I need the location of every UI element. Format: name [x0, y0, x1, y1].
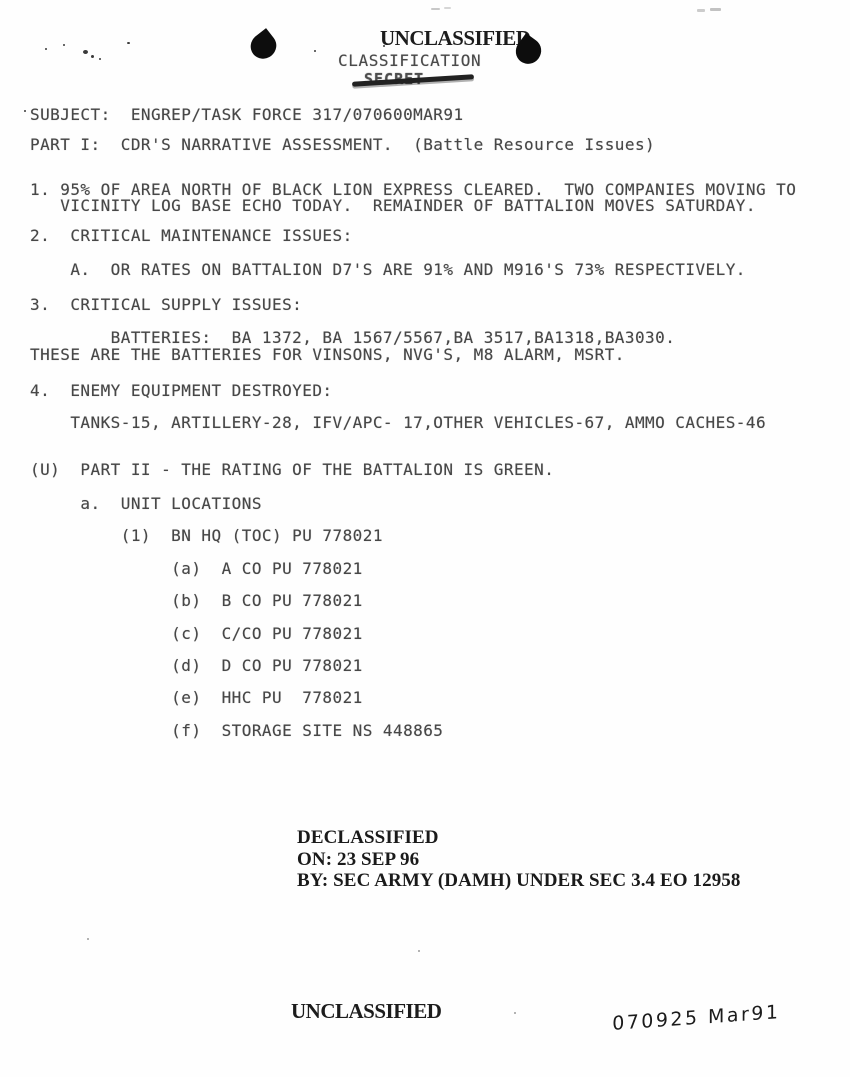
document-line: (e) HHC PU 778021: [30, 690, 363, 706]
document-line: SUBJECT: ENGREP/TASK FORCE 317/070600MAR…: [30, 107, 464, 123]
document-line: (c) C/CO PU 778021: [30, 626, 363, 642]
struck-classification: SECRET: [364, 69, 474, 87]
ink-blot-left: [246, 28, 282, 64]
classification-label: CLASSIFICATION: [338, 51, 481, 70]
document-line: (f) STORAGE SITE NS 448865: [30, 723, 443, 739]
document-line: (a) A CO PU 778021: [30, 561, 363, 577]
document-line: PART I: CDR'S NARRATIVE ASSESSMENT. (Bat…: [30, 137, 655, 153]
declassification-stamp: DECLASSIFIED ON: 23 SEP 96 BY: SEC ARMY …: [297, 827, 741, 892]
ink-speck: [514, 1012, 516, 1014]
footer-classification-banner: UNCLASSIFIED: [291, 999, 441, 1024]
document-line: (b) B CO PU 778021: [30, 593, 363, 609]
ink-speck: [314, 50, 316, 52]
document-line: TANKS-15, ARTILLERY-28, IFV/APC- 17,OTHE…: [30, 415, 766, 431]
scan-mark: [710, 8, 721, 11]
document-line: 3. CRITICAL SUPPLY ISSUES:: [30, 297, 302, 313]
document-line: A. OR RATES ON BATTALION D7'S ARE 91% AN…: [30, 262, 746, 278]
ink-speck: [63, 44, 65, 46]
header-classification-banner: UNCLASSIFIED: [380, 26, 530, 51]
stamp-line-date: ON: 23 SEP 96: [297, 849, 741, 871]
ink-speck: [99, 58, 101, 60]
document-line: (d) D CO PU 778021: [30, 658, 363, 674]
scan-mark: [444, 7, 451, 9]
stamp-line-authority: BY: SEC ARMY (DAMH) UNDER SEC 3.4 EO 129…: [297, 870, 741, 892]
scan-mark: [697, 9, 705, 12]
document-line: a. UNIT LOCATIONS: [30, 496, 262, 512]
ink-speck: [45, 48, 47, 50]
ink-speck: [418, 950, 420, 952]
stamp-line-declassified: DECLASSIFIED: [297, 827, 741, 849]
ink-speck: [91, 55, 94, 58]
document-line: BATTERIES: BA 1372, BA 1567/5567,BA 3517…: [30, 330, 675, 346]
document-line: 4. ENEMY EQUIPMENT DESTROYED:: [30, 383, 332, 399]
scan-mark: [431, 8, 440, 10]
ink-speck: [83, 50, 88, 54]
document-line: 2. CRITICAL MAINTENANCE ISSUES:: [30, 228, 353, 244]
scanned-document-page: UNCLASSIFIED CLASSIFICATION SECRET SUBJE…: [0, 0, 850, 1077]
ink-speck: [87, 938, 89, 940]
document-line: VICINITY LOG BASE ECHO TODAY. REMAINDER …: [30, 198, 756, 214]
ink-speck: [127, 42, 130, 44]
ink-speck: [24, 110, 26, 112]
handwritten-date-note: 070925 Mar91: [612, 1001, 780, 1035]
document-line: (1) BN HQ (TOC) PU 778021: [30, 528, 383, 544]
document-line: THESE ARE THE BATTERIES FOR VINSONS, NVG…: [30, 347, 625, 363]
document-line: (U) PART II - THE RATING OF THE BATTALIO…: [30, 462, 554, 478]
